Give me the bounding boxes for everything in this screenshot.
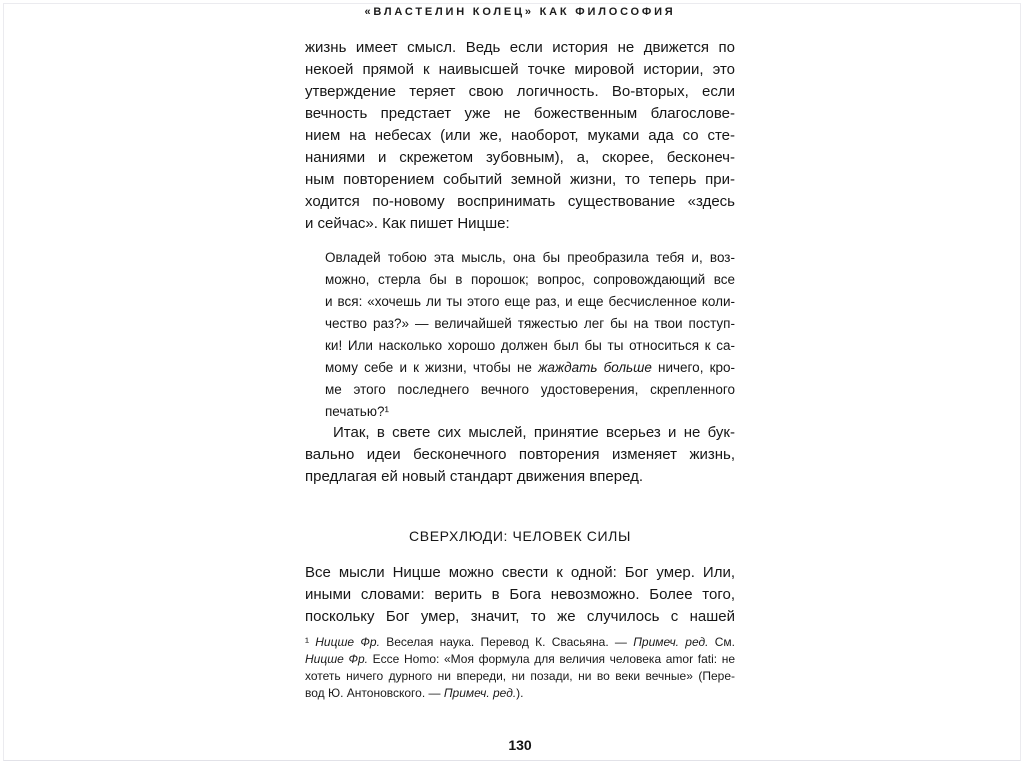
italic-text-run: Примеч. ред. [633, 635, 708, 649]
text-line: некоей прямой к наивысшей точке мировой … [305, 59, 735, 81]
text-line: ¹ Ницше Фр. Веселая наука. Перевод К. Св… [305, 634, 735, 651]
text-line: ме этого последнего вечного удостоверени… [325, 379, 735, 401]
footnote: ¹ Ницше Фр. Веселая наука. Перевод К. Св… [305, 634, 735, 702]
text-run: Ecce Homo: «Моя формула для величия чело… [368, 652, 735, 666]
text-line: утверждение теряет свою логичность. Во-в… [305, 81, 735, 103]
text-line: хотеть ничего дурного ни впереди, ни поз… [305, 668, 735, 685]
text-line: ки! Или насколько хорошо должен был бы т… [325, 335, 735, 357]
paragraph-new-section: Все мысли Ницше можно свести к одной: Бо… [305, 562, 735, 628]
nietzsche-block-quote: Овладей тобою эта мысль, она бы преобраз… [325, 247, 735, 423]
text-line: Все мысли Ницше можно свести к одной: Бо… [305, 562, 735, 584]
text-run: Веселая наука. Перевод К. Свасьяна. — [380, 635, 633, 649]
text-line: иными словами: верить в Бога невозможно.… [305, 584, 735, 606]
paragraph-continuation: жизнь имеет смысл. Ведь если история не … [305, 37, 735, 235]
running-header: «ВЛАСТЕЛИН КОЛЕЦ» КАК ФИЛОСОФИЯ [305, 6, 735, 18]
text-run: ). [516, 686, 523, 700]
italic-text-run: Ницше Фр. [315, 635, 380, 649]
text-run: вод Ю. Антоновского. — [305, 686, 444, 700]
italic-text-run: Примеч. ред. [444, 686, 516, 700]
paragraph-conclusion: Итак, в свете сих мыслей, принятие всерь… [305, 422, 735, 488]
text-line: вод Ю. Антоновского. — Примеч. ред.). [305, 685, 735, 702]
text-line: поскольку Бог умер, значит, то же случил… [305, 606, 735, 628]
text-line: печатью?¹ [325, 401, 735, 423]
text-run: ¹ [305, 635, 315, 649]
text-line: чество раз?» — величайшей тяжестью лег б… [325, 313, 735, 335]
italic-text-run: жаждать больше [538, 360, 652, 375]
text-run: ничего, кро- [652, 360, 735, 375]
text-line: можно, стерла бы в порошок; вопрос, сопр… [325, 269, 735, 291]
text-line: нием на небесах (или же, наоборот, мукам… [305, 125, 735, 147]
scanned-book-page: { "page": { "running_header": "«ВЛАСТЕЛИ… [0, 0, 1024, 767]
text-line: жизнь имеет смысл. Ведь если история не … [305, 37, 735, 59]
text-line: Овладей тобою эта мысль, она бы преобраз… [325, 247, 735, 269]
text-line: ходится по-новому воспринимать существов… [305, 191, 735, 213]
section-heading: СВЕРХЛЮДИ: ЧЕЛОВЕК СИЛЫ [305, 528, 735, 544]
text-line: вально идеи бесконечного повторения изме… [305, 444, 735, 466]
text-line: ным повторением событий земной жизни, то… [305, 169, 735, 191]
text-line: Итак, в свете сих мыслей, принятие всерь… [305, 422, 735, 444]
text-line: мому себе и к жизни, чтобы не жаждать бо… [325, 357, 735, 379]
text-run: мому себе и к жизни, чтобы не [325, 360, 538, 375]
text-line: предлагая ей новый стандарт движения впе… [305, 466, 735, 488]
text-line: и вся: «хочешь ли ты этого еще раз, и ещ… [325, 291, 735, 313]
text-line: и сейчас». Как пишет Ницше: [305, 213, 735, 235]
italic-text-run: Ницше Фр. [305, 652, 368, 666]
text-run: См. [708, 635, 735, 649]
text-line: Ницше Фр. Ecce Homo: «Моя формула для ве… [305, 651, 735, 668]
text-line: вечность предстает уже не божественным б… [305, 103, 735, 125]
text-line: наниями и скрежетом зубовным), а, скорее… [305, 147, 735, 169]
page-number: 130 [305, 737, 735, 753]
